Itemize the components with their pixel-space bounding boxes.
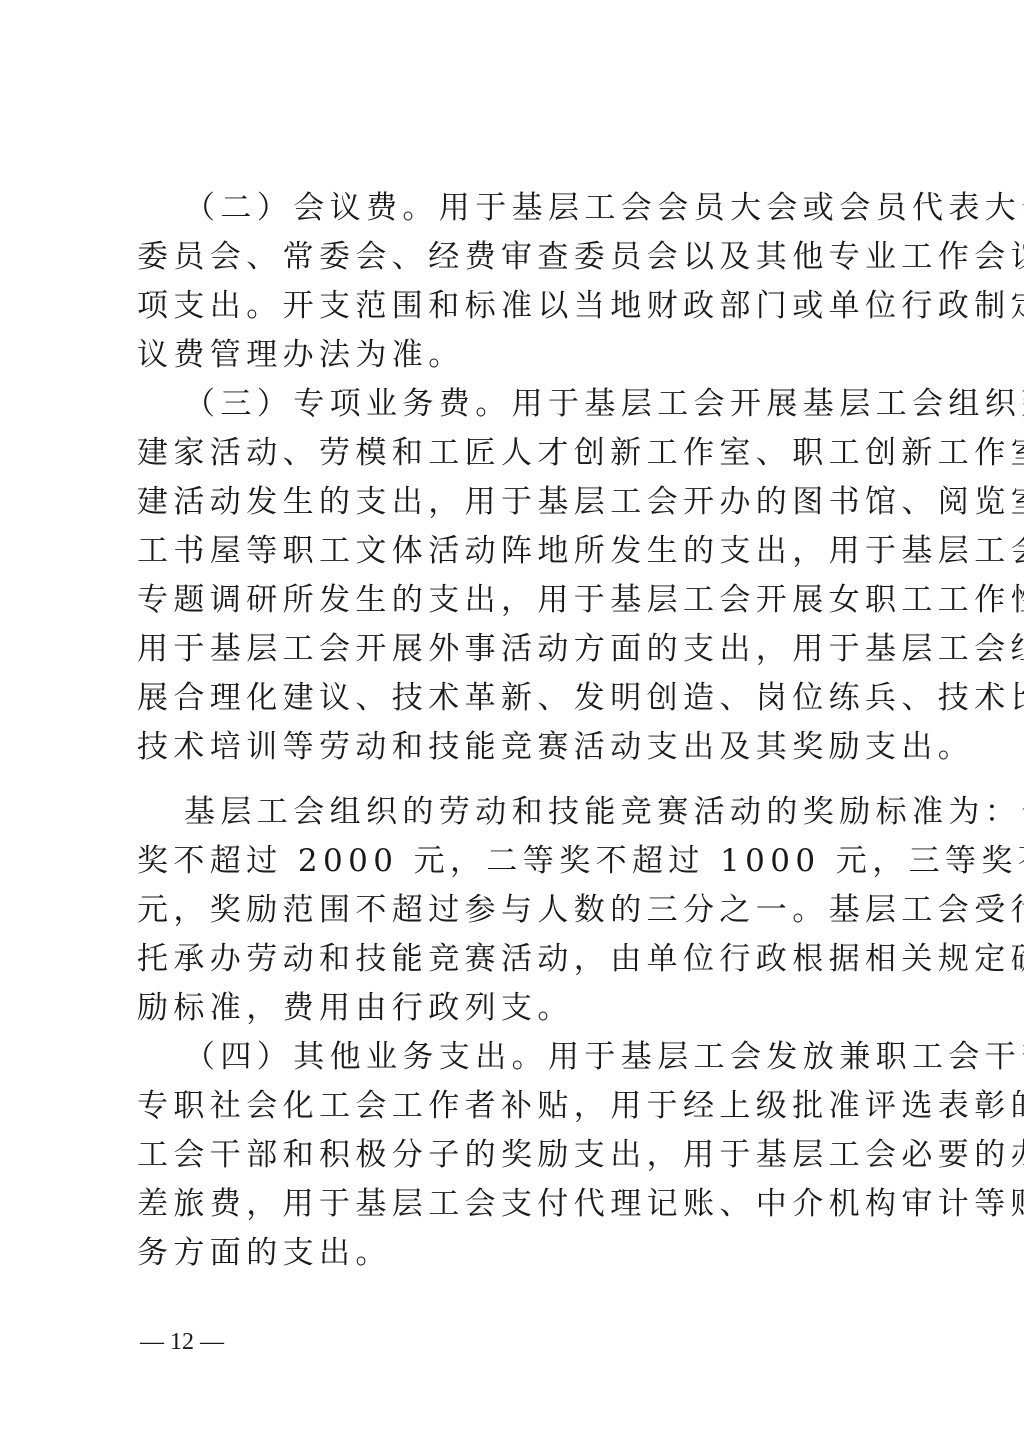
text-line: 专题调研所发生的支出，用于基层工会开展女职工工作性支出， (137, 580, 887, 620)
text-line: 励标准，费用由行政列支。 (137, 988, 887, 1028)
text-line: 工会干部和积极分子的奖励支出，用于基层工会必要的办公费、 (137, 1135, 887, 1175)
text-line: 委员会、常委会、经费审查委员会以及其他专业工作会议的各 (137, 237, 887, 277)
text-line: 项支出。开支范围和标准以当地财政部门或单位行政制定的会 (137, 286, 887, 326)
page-number: — 12 — (140, 1326, 224, 1358)
text-line: 元，奖励范围不超过参与人数的三分之一。基层工会受行政委 (137, 890, 887, 930)
text-line: 差旅费，用于基层工会支付代理记账、中介机构审计等购买服 (137, 1184, 887, 1224)
text-line: 托承办劳动和技能竞赛活动，由单位行政根据相关规定确定奖 (137, 939, 887, 979)
text-line: 建家活动、劳模和工匠人才创新工作室、职工创新工作室等创 (137, 433, 887, 473)
text-line: 展合理化建议、技术革新、发明创造、岗位练兵、技术比武、 (137, 678, 887, 718)
text-line: （三）专项业务费。用于基层工会开展基层工会组织建设、 (184, 384, 887, 424)
text-line: 奖不超过 2000 元，二等奖不超过 1000 元，三等奖不超过 600 (137, 841, 887, 881)
text-line: 技术培训等劳动和技能竞赛活动支出及其奖励支出。 (137, 727, 887, 767)
document-page: （二）会议费。用于基层工会会员大会或会员代表大会、 委员会、常委会、经费审查委员… (0, 0, 1024, 1448)
text-line: 专职社会化工会工作者补贴，用于经上级批准评选表彰的优秀 (137, 1086, 887, 1126)
text-line: 建活动发生的支出，用于基层工会开办的图书馆、阅览室和职 (137, 482, 887, 522)
text-line: 务方面的支出。 (137, 1233, 887, 1273)
text-line: 议费管理办法为准。 (137, 335, 887, 375)
text-line: （二）会议费。用于基层工会会员大会或会员代表大会、 (184, 188, 887, 228)
text-line: 工书屋等职工文体活动阵地所发生的支出，用于基层工会开展 (137, 531, 887, 571)
text-line: （四）其他业务支出。用于基层工会发放兼职工会干部和 (184, 1037, 887, 1077)
text-line: 基层工会组织的劳动和技能竞赛活动的奖励标准为：一等 (184, 792, 887, 832)
text-line: 用于基层工会开展外事活动方面的支出，用于基层工会组织开 (137, 629, 887, 669)
